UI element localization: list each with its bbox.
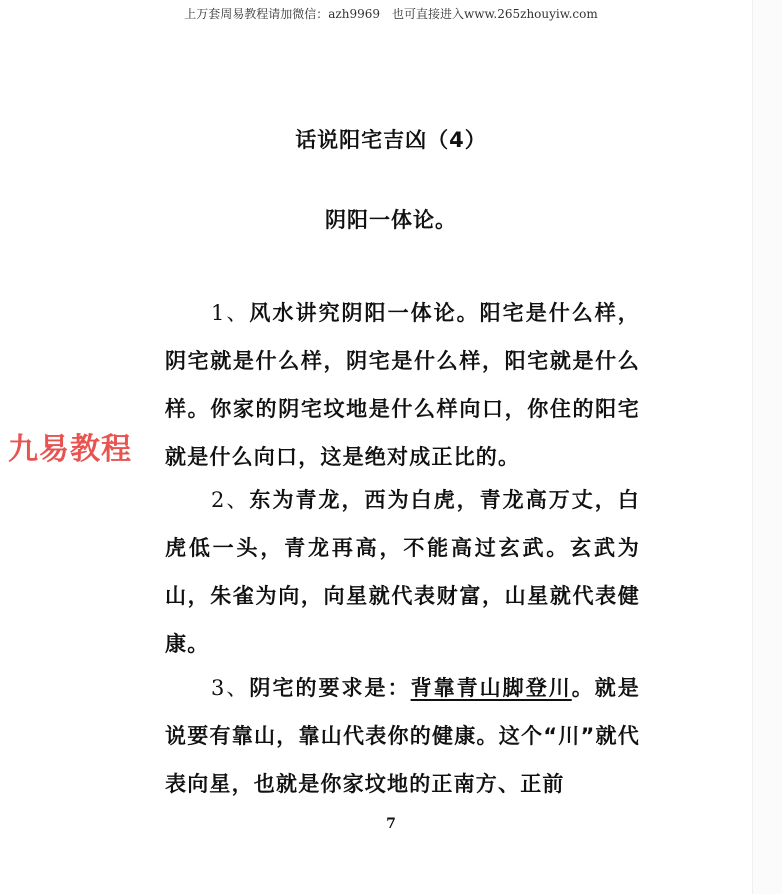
page-number: 7	[0, 816, 782, 832]
paragraph-number: 3、	[211, 676, 249, 700]
paragraph-text: 风水讲究阴阳一体论。阳宅是什么样，阴宅就是什么样，阴宅是什么样，阳宅就是什么样。…	[165, 301, 640, 469]
paragraph-number: 1、	[211, 301, 249, 325]
paragraph-2: 2、东为青龙，西为白虎，青龙高万丈，白虎低一头，青龙再高，不能高过玄武。玄武为山…	[165, 476, 640, 668]
paragraph-1: 1、风水讲究阴阳一体论。阳宅是什么样，阴宅就是什么样，阴宅是什么样，阳宅就是什么…	[165, 289, 640, 481]
paragraph-text: 阴宅的要求是：	[249, 676, 410, 700]
paragraph-3: 3、阴宅的要求是：背靠青山脚登川。就是说要有靠山，靠山代表你的健康。这个“川”就…	[165, 664, 640, 808]
header-note: 上万套周易教程请加微信：azh9969 也可直接进入www.265zhouyiw…	[0, 5, 782, 22]
paragraph-number: 2、	[211, 488, 249, 512]
document-title: 话说阳宅吉凶（4）	[0, 124, 782, 154]
underlined-phrase: 背靠青山脚登川	[411, 676, 572, 700]
watermark-logo: 九易教程	[8, 424, 132, 468]
paragraph-text: 东为青龙，西为白虎，青龙高万丈，白虎低一头，青龙再高，不能高过玄武。玄武为山，朱…	[165, 488, 640, 656]
document-subtitle: 阴阳一体论。	[0, 204, 782, 234]
